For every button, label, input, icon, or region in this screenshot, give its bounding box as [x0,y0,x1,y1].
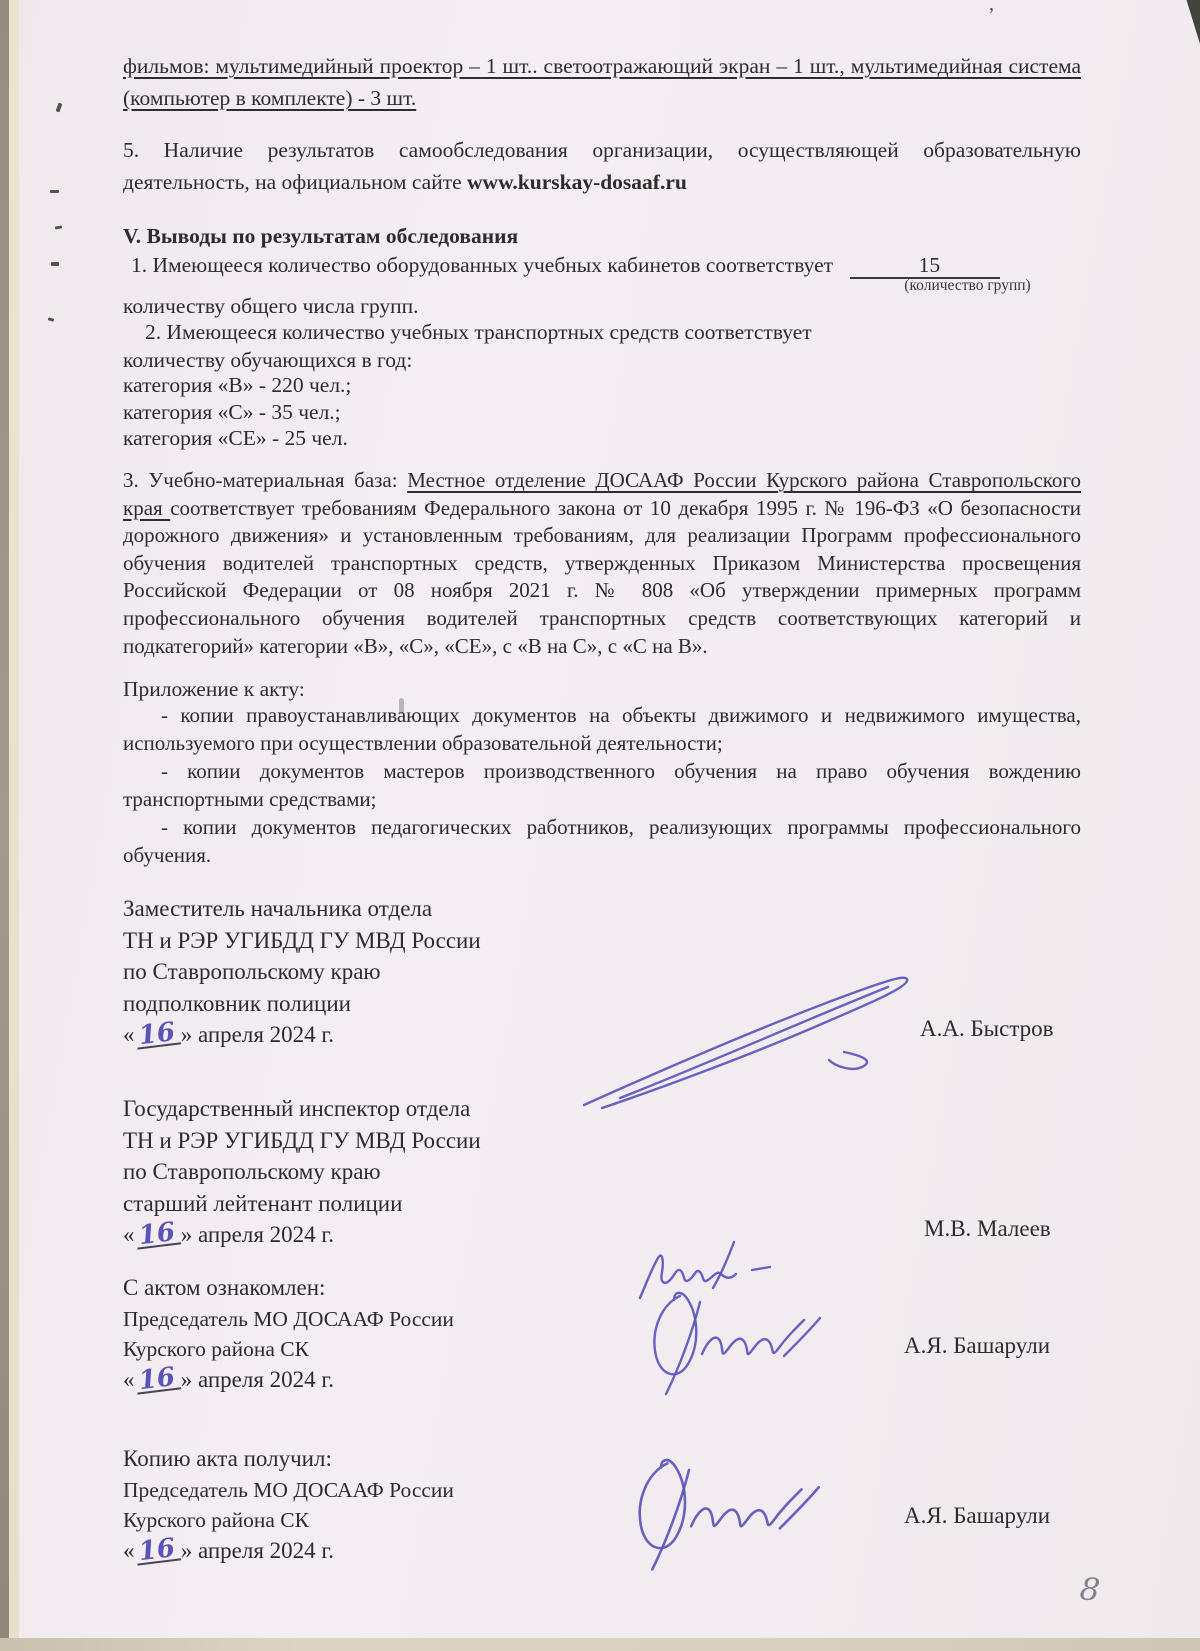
signer-position-line: старший лейтенант полиции [123,1188,481,1220]
signer-position-line: ТН и РЭР УГИБДД ГУ МВД России [123,1125,481,1157]
signature-bystrov [572,958,912,1108]
date-text: » апреля 2024 г. [181,1222,334,1247]
signer-name: А.Я. Башарули [904,1333,1050,1359]
signer-name: А.А. Быстров [920,1016,1054,1042]
signer-position-line: по Ставропольскому краю [123,956,481,988]
item5-paragraph: 5. Наличие результатов самообследования … [123,134,1081,198]
date-text: » апреля 2024 г. [181,1022,334,1047]
signature-basharuli [622,1448,822,1573]
acknowledgement-title: Копию акта получил: [123,1443,454,1475]
scan-bottom-edge [0,1638,1200,1651]
section-v-title: V. Выводы по результатам обследования [123,220,1081,252]
date-line: «16» апреля 2024 г. [123,1019,481,1051]
binding-mark [55,225,62,229]
signer-position-line: Курского района СК [123,1505,454,1535]
attachment-item: - копии документов мастеров производстве… [123,757,1081,813]
signature-block-copy-received: Копию акта получил: Председатель МО ДОСА… [123,1443,454,1566]
handwritten-day: 16 [134,1366,181,1394]
attachment-item: - копии правоустанавливающих документов … [123,701,1081,757]
conclusion-3-prefix: 3. Учебно-материальная база: [123,468,407,492]
pen-tick-mark: ’ [988,4,995,27]
binding-mark [56,103,63,113]
date-line: «16» апреля 2024 г. [123,1535,454,1567]
item5-website: www.kurskay-dosaaf.ru [467,170,687,194]
signer-name: А.Я. Башарули [904,1503,1050,1529]
date-text: » апреля 2024 г. [181,1367,334,1392]
signature-basharuli [638,1282,823,1397]
date-line: «16» апреля 2024 г. [123,1219,481,1251]
scan-left-edge [0,0,9,1651]
signer-position-line: Председатель МО ДОСААФ России [123,1475,454,1505]
signature-block-acquainted: С актом ознакомлен: Председатель МО ДОСА… [123,1272,454,1395]
signer-name: М.В. Малеев [924,1216,1051,1242]
conclusion-3: 3. Учебно-материальная база: Местное отд… [123,467,1081,660]
category-ce: категория «СЕ» - 25 чел. [123,422,1081,454]
group-count-blank: 15 [850,253,1000,279]
date-line: «16» апреля 2024 г. [123,1364,454,1396]
acknowledgement-title: С актом ознакомлен: [123,1272,454,1304]
attachments-list: - копии правоустанавливающих документов … [123,701,1081,869]
signer-position-line: по Ставропольскому краю [123,1156,481,1188]
date-text: » апреля 2024 г. [181,1538,334,1563]
signer-position-line: подполковник полиции [123,988,481,1020]
quote-open: « [123,1022,135,1047]
conclusion-3-rest: соответствует требованиям Федерального з… [123,496,1081,658]
scan-corner-mark [1185,0,1200,44]
handwritten-page-number: 8 [1078,1571,1101,1609]
binding-mark [48,317,55,321]
handwritten-day: 16 [134,1021,181,1049]
conclusion-1-text: 1. Имеющееся количество оборудованных уч… [131,253,833,277]
signer-position-line: ТН и РЭР УГИБДД ГУ МВД России [123,925,481,957]
signer-position-line: Государственный инспектор отдела [123,1093,481,1125]
group-count-value: 15 [919,253,941,277]
signature-block-state-inspector: Государственный инспектор отдела ТН и РЭ… [123,1093,481,1251]
binding-mark [51,262,59,266]
signature-block-deputy-chief: Заместитель начальника отдела ТН и РЭР У… [123,893,481,1051]
binding-mark [50,190,59,193]
signer-position-line: Председатель МО ДОСААФ России [123,1304,454,1334]
scanned-document-page: ’ фильмов: мультимедийный проектор – 1 ш… [0,0,1200,1651]
signer-position-line: Курского района СК [123,1334,454,1364]
scan-left-paper-edge [9,0,19,1651]
signer-position-line: Заместитель начальника отдела [123,893,481,925]
handwritten-day: 16 [134,1537,181,1565]
attachment-item: - копии документов педагогических работн… [123,813,1081,869]
handwritten-day: 16 [134,1221,181,1249]
quote-open: « [123,1367,135,1392]
equipment-continuation-line: фильмов: мультимедийный проектор – 1 шт.… [123,50,1081,114]
quote-open: « [123,1538,135,1563]
quote-open: « [123,1222,135,1247]
